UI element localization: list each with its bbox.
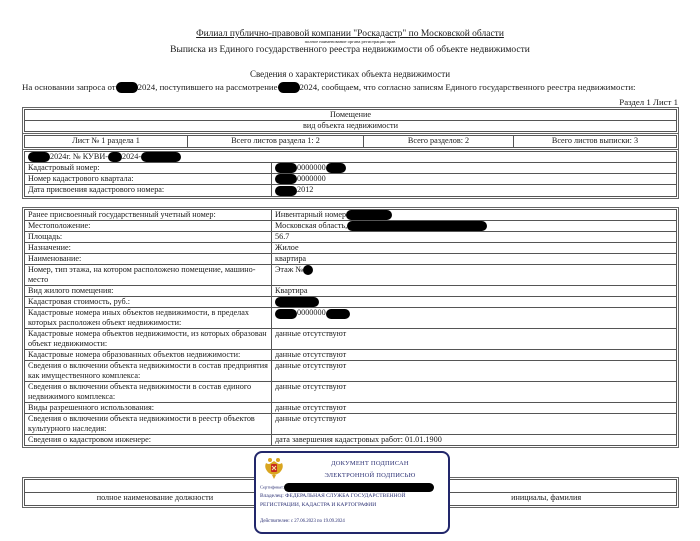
table-row: Виды разрешенного использования:данные о… xyxy=(25,403,677,414)
redaction xyxy=(278,82,300,93)
request-number: 2024г. № КУВИ-2024- xyxy=(25,152,677,163)
redaction xyxy=(275,163,297,173)
stamp-line-1: ДОКУМЕНТ ПОДПИСАН xyxy=(296,460,444,467)
table-row: Местоположение:Московская область, xyxy=(25,221,677,232)
row-label: Дата присвоения кадастрового номера: xyxy=(25,185,272,196)
section-sheets: Всего листов раздела 1: 2 xyxy=(188,136,364,148)
table-row: Кадастровый номер: 0000000 xyxy=(25,163,677,174)
table-row: Сведения о кадастровом инженере:дата зав… xyxy=(25,435,677,446)
electronic-signature-stamp: ДОКУМЕНТ ПОДПИСАН ЭЛЕКТРОННОЙ ПОДПИСЬЮ С… xyxy=(254,451,450,534)
intro-part-2: 2024, поступившего на рассмотрение xyxy=(138,82,278,92)
document-title: Выписка из Единого государственного реес… xyxy=(0,45,700,55)
row-value: Этаж № xyxy=(272,265,677,286)
redaction xyxy=(326,163,346,173)
organization-caption: полное наименование органа регистрации п… xyxy=(0,39,700,44)
row-value: данные отсутствуют xyxy=(272,382,677,403)
row-value: Инвентарный номер xyxy=(272,210,677,221)
redaction xyxy=(326,309,350,319)
row-value: 2012 xyxy=(272,185,677,196)
table-row: Номер, тип этажа, на котором расположено… xyxy=(25,265,677,286)
row-value: данные отсутствуют xyxy=(272,403,677,414)
row-value: 0000000 xyxy=(272,163,677,174)
row-label: Кадастровые номера объектов недвижимости… xyxy=(25,329,272,350)
stamp-validity: Действителен: с 27.06.2023 по 19.09.2024 xyxy=(260,519,345,524)
table-row: Наименование:квартира xyxy=(25,254,677,265)
table-row: Сведения о включении объекта недвижимост… xyxy=(25,414,677,435)
intro-part-3: 2024, сообщаем, что согласно записям Еди… xyxy=(300,82,636,92)
row-label: Вид жилого помещения: xyxy=(25,286,272,297)
row-value: данные отсутствуют xyxy=(272,329,677,350)
row-label: Наименование: xyxy=(25,254,272,265)
table-row: Кадастровые номера иных объектов недвижи… xyxy=(25,308,677,329)
row-label: Сведения о включении объекта недвижимост… xyxy=(25,361,272,382)
redaction xyxy=(346,210,392,220)
row-value: 0000000 xyxy=(272,308,677,329)
sheet-info-table: Лист № 1 раздела 1 Всего листов раздела … xyxy=(22,133,679,150)
redaction xyxy=(116,82,138,93)
stamp-line-2: ЭЛЕКТРОННОЙ ПОДПИСЬЮ xyxy=(296,472,444,479)
redaction xyxy=(275,309,297,319)
redaction xyxy=(284,483,434,492)
row-label: Ранее присвоенный государственный учетны… xyxy=(25,210,272,221)
stamp-owner: Владелец: ФЕДЕРАЛЬНАЯ СЛУЖБА ГОСУДАРСТВЕ… xyxy=(260,492,444,510)
row-label: Площадь: xyxy=(25,232,272,243)
certificate: Сертификат: xyxy=(260,483,434,492)
row-label: Кадастровый номер: xyxy=(25,163,272,174)
page-reference: Раздел 1 Лист 1 xyxy=(619,97,678,107)
sheet-number: Лист № 1 раздела 1 xyxy=(25,136,188,148)
row-label: Виды разрешенного использования: xyxy=(25,403,272,414)
row-label: Местоположение: xyxy=(25,221,272,232)
table-row: Назначение:Жилое xyxy=(25,243,677,254)
redaction xyxy=(108,152,122,162)
row-value: Московская область, xyxy=(272,221,677,232)
row-label: Назначение: xyxy=(25,243,272,254)
table-row: Номер кадастрового квартала: 0000000 xyxy=(25,174,677,185)
redaction xyxy=(141,152,181,162)
row-label: Номер кадастрового квартала: xyxy=(25,174,272,185)
row-value: 56.7 xyxy=(272,232,677,243)
object-type-caption: вид объекта недвижимости xyxy=(25,121,677,132)
table-row: Площадь:56.7 xyxy=(25,232,677,243)
table-row: Кадастровые номера объектов недвижимости… xyxy=(25,329,677,350)
redaction xyxy=(275,174,297,184)
row-value: квартира xyxy=(272,254,677,265)
table-row: Сведения о включении объекта недвижимост… xyxy=(25,382,677,403)
intro-part-1: На основании запроса от xyxy=(22,82,116,92)
row-value: данные отсутствуют xyxy=(272,414,677,435)
row-label: Номер, тип этажа, на котором расположено… xyxy=(25,265,272,286)
object-type-table: Помещение вид объекта недвижимости xyxy=(22,107,679,134)
row-label: Кадастровая стоимость, руб.: xyxy=(25,297,272,308)
row-value: Квартира xyxy=(272,286,677,297)
table-row: Кадастровая стоимость, руб.: xyxy=(25,297,677,308)
total-sheets: Всего листов выписки: 3 xyxy=(513,136,676,148)
table-row: Ранее присвоенный государственный учетны… xyxy=(25,210,677,221)
table-row: Дата присвоения кадастрового номера: 201… xyxy=(25,185,677,196)
redaction xyxy=(275,186,297,196)
row-value: дата завершения кадастровых работ: 01.01… xyxy=(272,435,677,446)
section-title: Сведения о характеристиках объекта недви… xyxy=(0,69,700,79)
organization-name: Филиал публично-правовой компании "Роска… xyxy=(0,29,700,39)
intro-text: На основании запроса от2024, поступившег… xyxy=(22,82,635,93)
position-caption: полное наименование должности xyxy=(25,493,286,506)
row-label: Сведения о включении объекта недвижимост… xyxy=(25,382,272,403)
details-table: Ранее присвоенный государственный учетны… xyxy=(22,207,679,448)
total-sections: Всего разделов: 2 xyxy=(364,136,514,148)
redaction xyxy=(28,152,50,162)
row-value: Жилое xyxy=(272,243,677,254)
row-value: данные отсутствуют xyxy=(272,350,677,361)
table-row: Вид жилого помещения:Квартира xyxy=(25,286,677,297)
row-value: 0000000 xyxy=(272,174,677,185)
table-row: Кадастровые номера образованных объектов… xyxy=(25,350,677,361)
object-type: Помещение xyxy=(25,110,677,121)
row-value: данные отсутствуют xyxy=(272,361,677,382)
row-label: Сведения о кадастровом инженере: xyxy=(25,435,272,446)
redaction xyxy=(275,297,319,307)
table-row: Сведения о включении объекта недвижимост… xyxy=(25,361,677,382)
row-label: Сведения о включении объекта недвижимост… xyxy=(25,414,272,435)
redaction xyxy=(347,221,487,231)
row-label: Кадастровые номера иных объектов недвижи… xyxy=(25,308,272,329)
identification-table: 2024г. № КУВИ-2024- Кадастровый номер: 0… xyxy=(22,149,679,199)
row-label: Кадастровые номера образованных объектов… xyxy=(25,350,272,361)
row-value xyxy=(272,297,677,308)
coat-of-arms-icon xyxy=(264,457,284,481)
redaction xyxy=(303,265,313,275)
name-caption: инициалы, фамилия xyxy=(416,493,677,506)
